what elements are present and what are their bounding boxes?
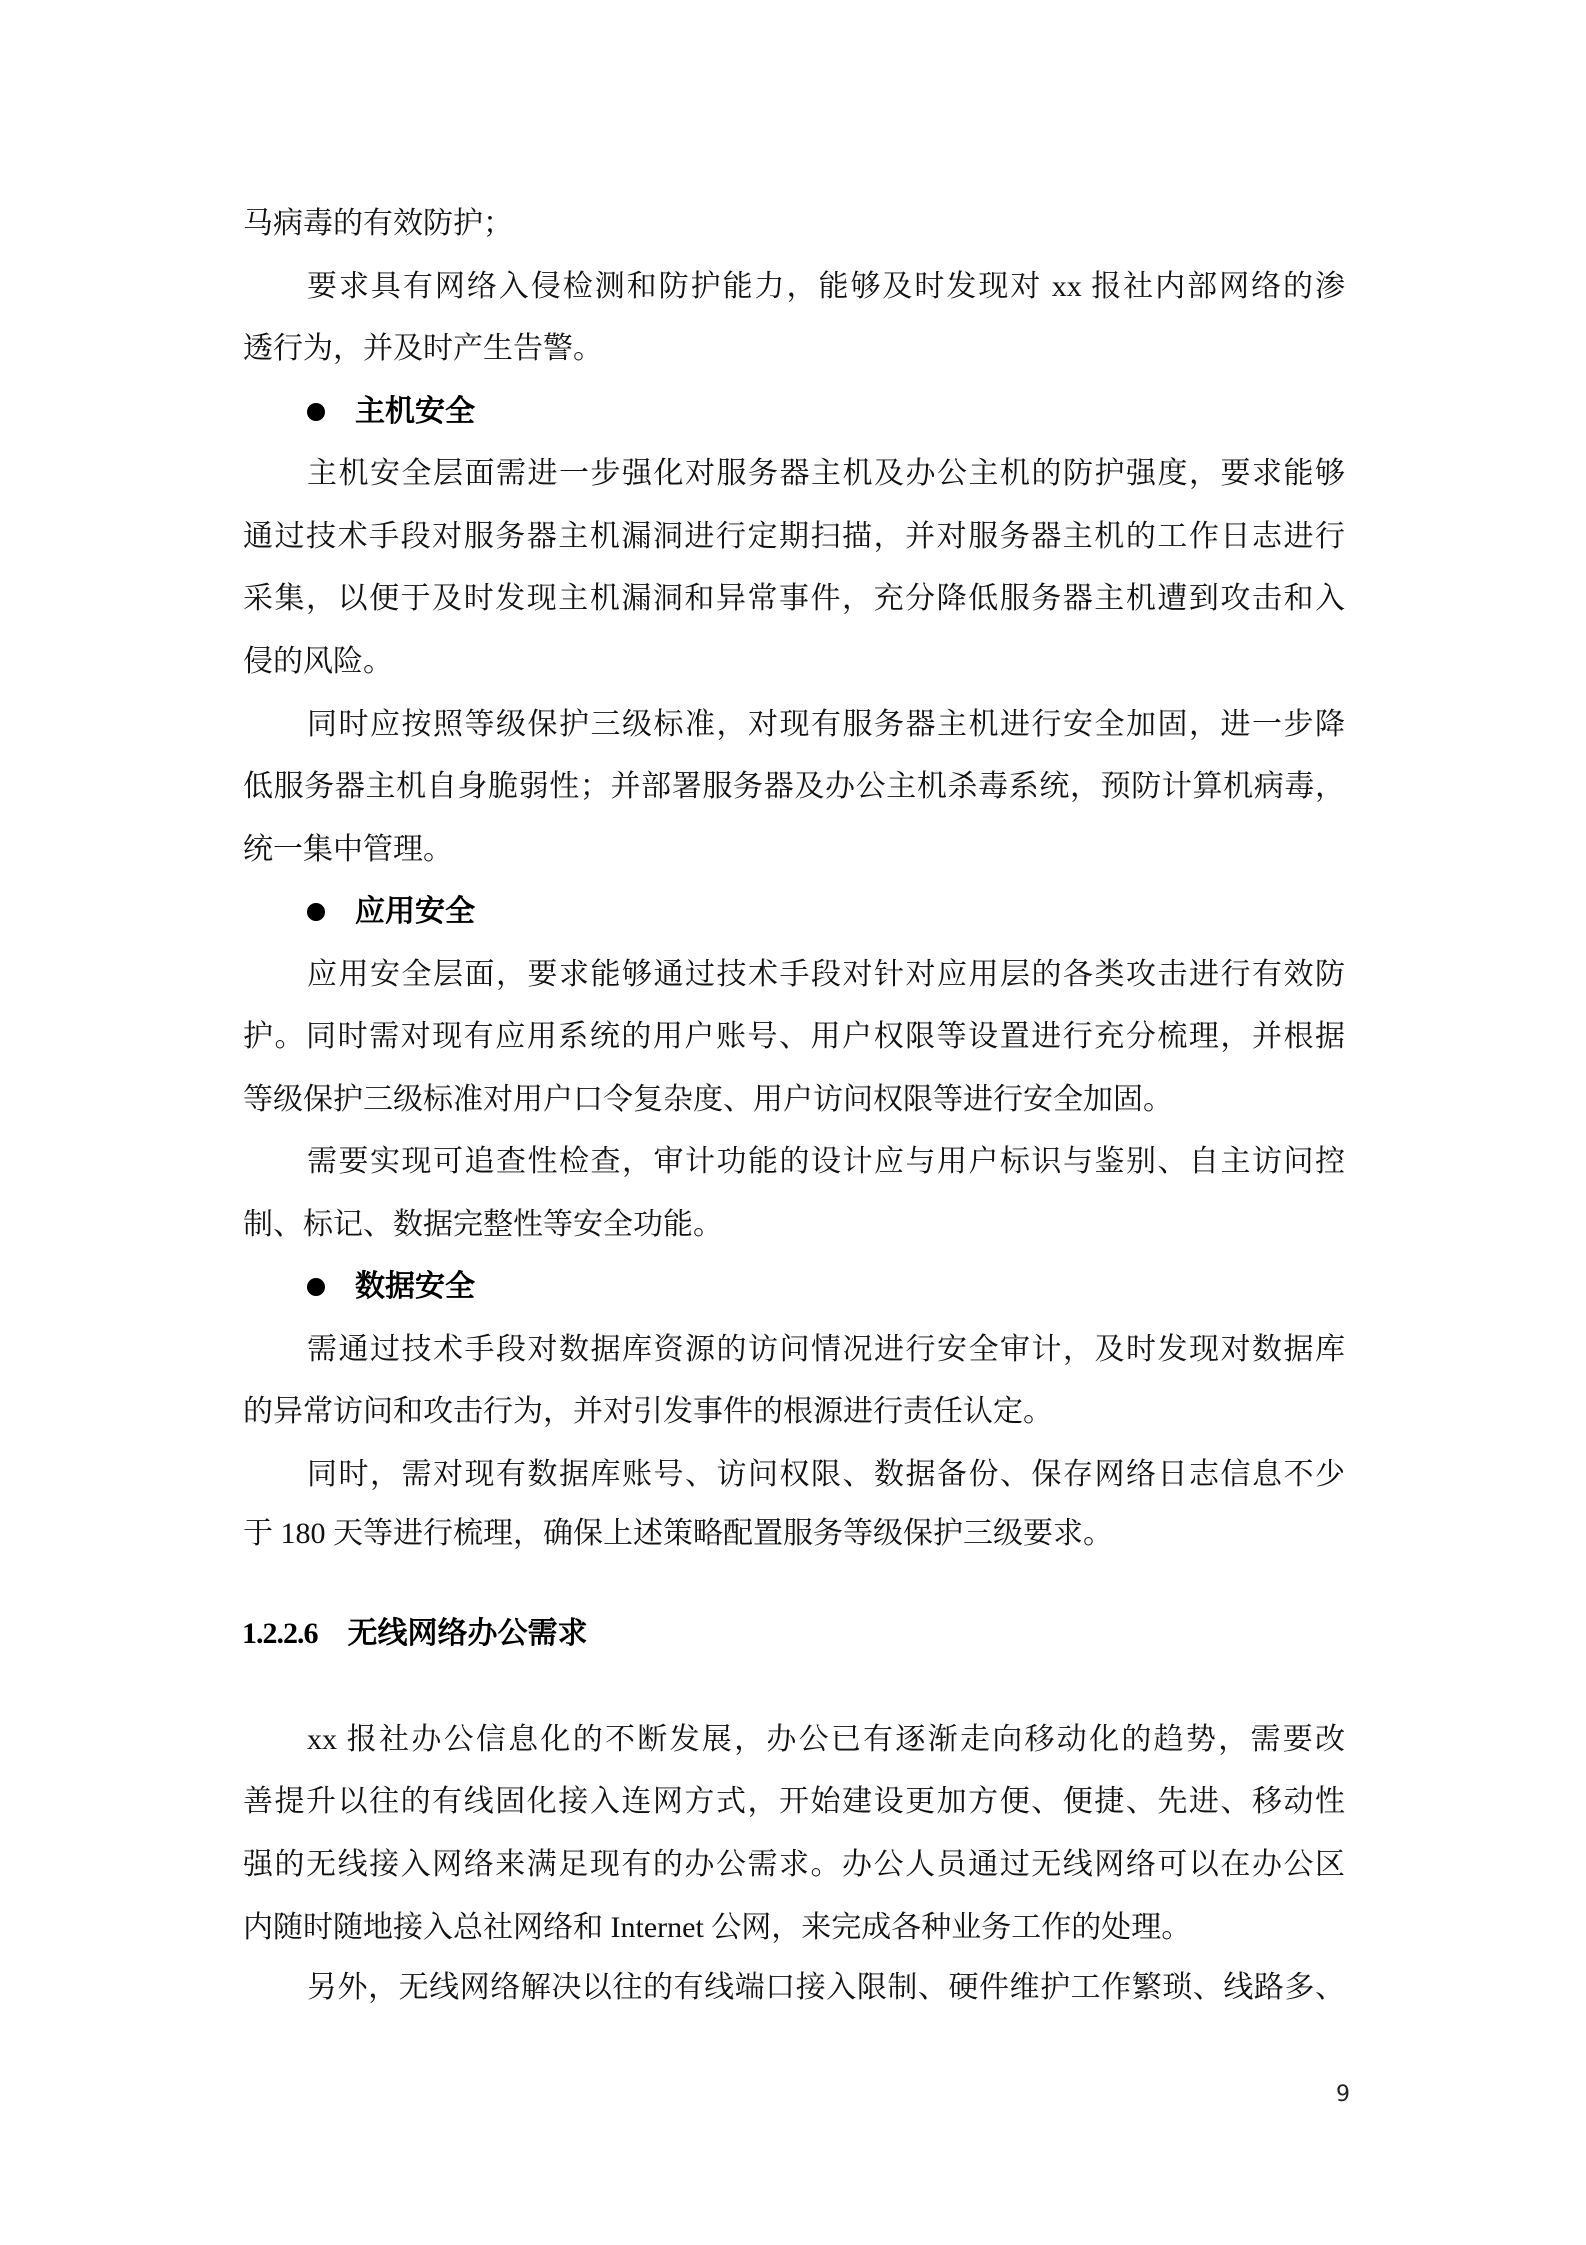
bullet-heading-label: 数据安全 — [355, 1267, 475, 1307]
document-page: 马病毒的有效防护； 要求具有网络入侵检测和防护能力，能够及时发现对 xx 报社内… — [0, 0, 1586, 2245]
page-number: 9 — [1330, 2082, 1350, 2107]
bullet-dot-icon — [307, 1278, 325, 1296]
paragraph-line: 统一集中管理。 — [243, 830, 1345, 870]
paragraph-line: 善提升以往的有线固化接入连网方式，开始建设更加方便、便捷、先进、移动性 — [243, 1782, 1345, 1822]
paragraph-line: 应用安全层面，要求能够通过技术手段对针对应用层的各类攻击进行有效防 — [307, 955, 1345, 995]
bullet-heading-label: 主机安全 — [355, 392, 475, 432]
paragraph-line: 低服务器主机自身脆弱性；并部署服务器及办公主机杀毒系统，预防计算机病毒， — [243, 767, 1345, 807]
paragraph-line: 等级保护三级标准对用户口令复杂度、用户访问权限等进行安全加固。 — [243, 1080, 1345, 1120]
paragraph-line: 透行为，并及时产生告警。 — [243, 329, 1345, 369]
bullet-heading-label: 应用安全 — [355, 892, 475, 932]
paragraph-line: 强的无线接入网络来满足现有的办公需求。办公人员通过无线网络可以在办公区 — [243, 1845, 1345, 1885]
paragraph-line: 采集，以便于及时发现主机漏洞和异常事件，充分降低服务器主机遭到攻击和入 — [243, 579, 1345, 619]
paragraph-line: 通过技术手段对服务器主机漏洞进行定期扫描，并对服务器主机的工作日志进行 — [243, 517, 1345, 557]
paragraph-line: 于 180 天等进行梳理，确保上述策略配置服务等级保护三级要求。 — [243, 1514, 1345, 1554]
bullet-heading-application-security: 应用安全 — [307, 892, 475, 932]
paragraph-line: 同时，需对现有数据库账号、访问权限、数据备份、保存网络日志信息不少 — [307, 1455, 1345, 1495]
paragraph-line: xx 报社办公信息化的不断发展，办公已有逐渐走向移动化的趋势，需要改 — [307, 1720, 1345, 1760]
paragraph-line: 主机安全层面需进一步强化对服务器主机及办公主机的防护强度，要求能够 — [307, 454, 1345, 494]
paragraph-line: 的异常访问和攻击行为，并对引发事件的根源进行责任认定。 — [243, 1392, 1345, 1432]
paragraph-line: 需要实现可追查性检查，审计功能的设计应与用户标识与鉴别、自主访问控 — [307, 1142, 1345, 1182]
bullet-heading-host-security: 主机安全 — [307, 392, 475, 432]
paragraph-line: 同时应按照等级保护三级标准，对现有服务器主机进行安全加固，进一步降 — [307, 705, 1345, 745]
paragraph-line: 侵的风险。 — [243, 642, 1345, 682]
paragraph-line: 马病毒的有效防护； — [243, 204, 1345, 244]
paragraph-line: 内随时随地接入总社网络和 Internet 公网，来完成各种业务工作的处理。 — [243, 1908, 1345, 1948]
section-title: 无线网络办公需求 — [348, 1616, 588, 1651]
paragraph-line: 需通过技术手段对数据库资源的访问情况进行安全审计，及时发现对数据库 — [307, 1330, 1345, 1370]
bullet-dot-icon — [307, 903, 325, 921]
bullet-dot-icon — [307, 403, 325, 421]
paragraph-line: 护。同时需对现有应用系统的用户账号、用户权限等设置进行充分梳理，并根据 — [243, 1017, 1345, 1057]
section-number: 1.2.2.6 — [242, 1617, 318, 1650]
bullet-heading-data-security: 数据安全 — [307, 1267, 475, 1307]
paragraph-line: 要求具有网络入侵检测和防护能力，能够及时发现对 xx 报社内部网络的渗 — [307, 267, 1345, 307]
paragraph-line: 另外，无线网络解决以往的有线端口接入限制、硬件维护工作繁琐、线路多、 — [307, 1968, 1345, 2008]
paragraph-line: 制、标记、数据完整性等安全功能。 — [243, 1205, 1345, 1245]
section-heading: 1.2.2.6 无线网络办公需求 — [242, 1614, 588, 1654]
